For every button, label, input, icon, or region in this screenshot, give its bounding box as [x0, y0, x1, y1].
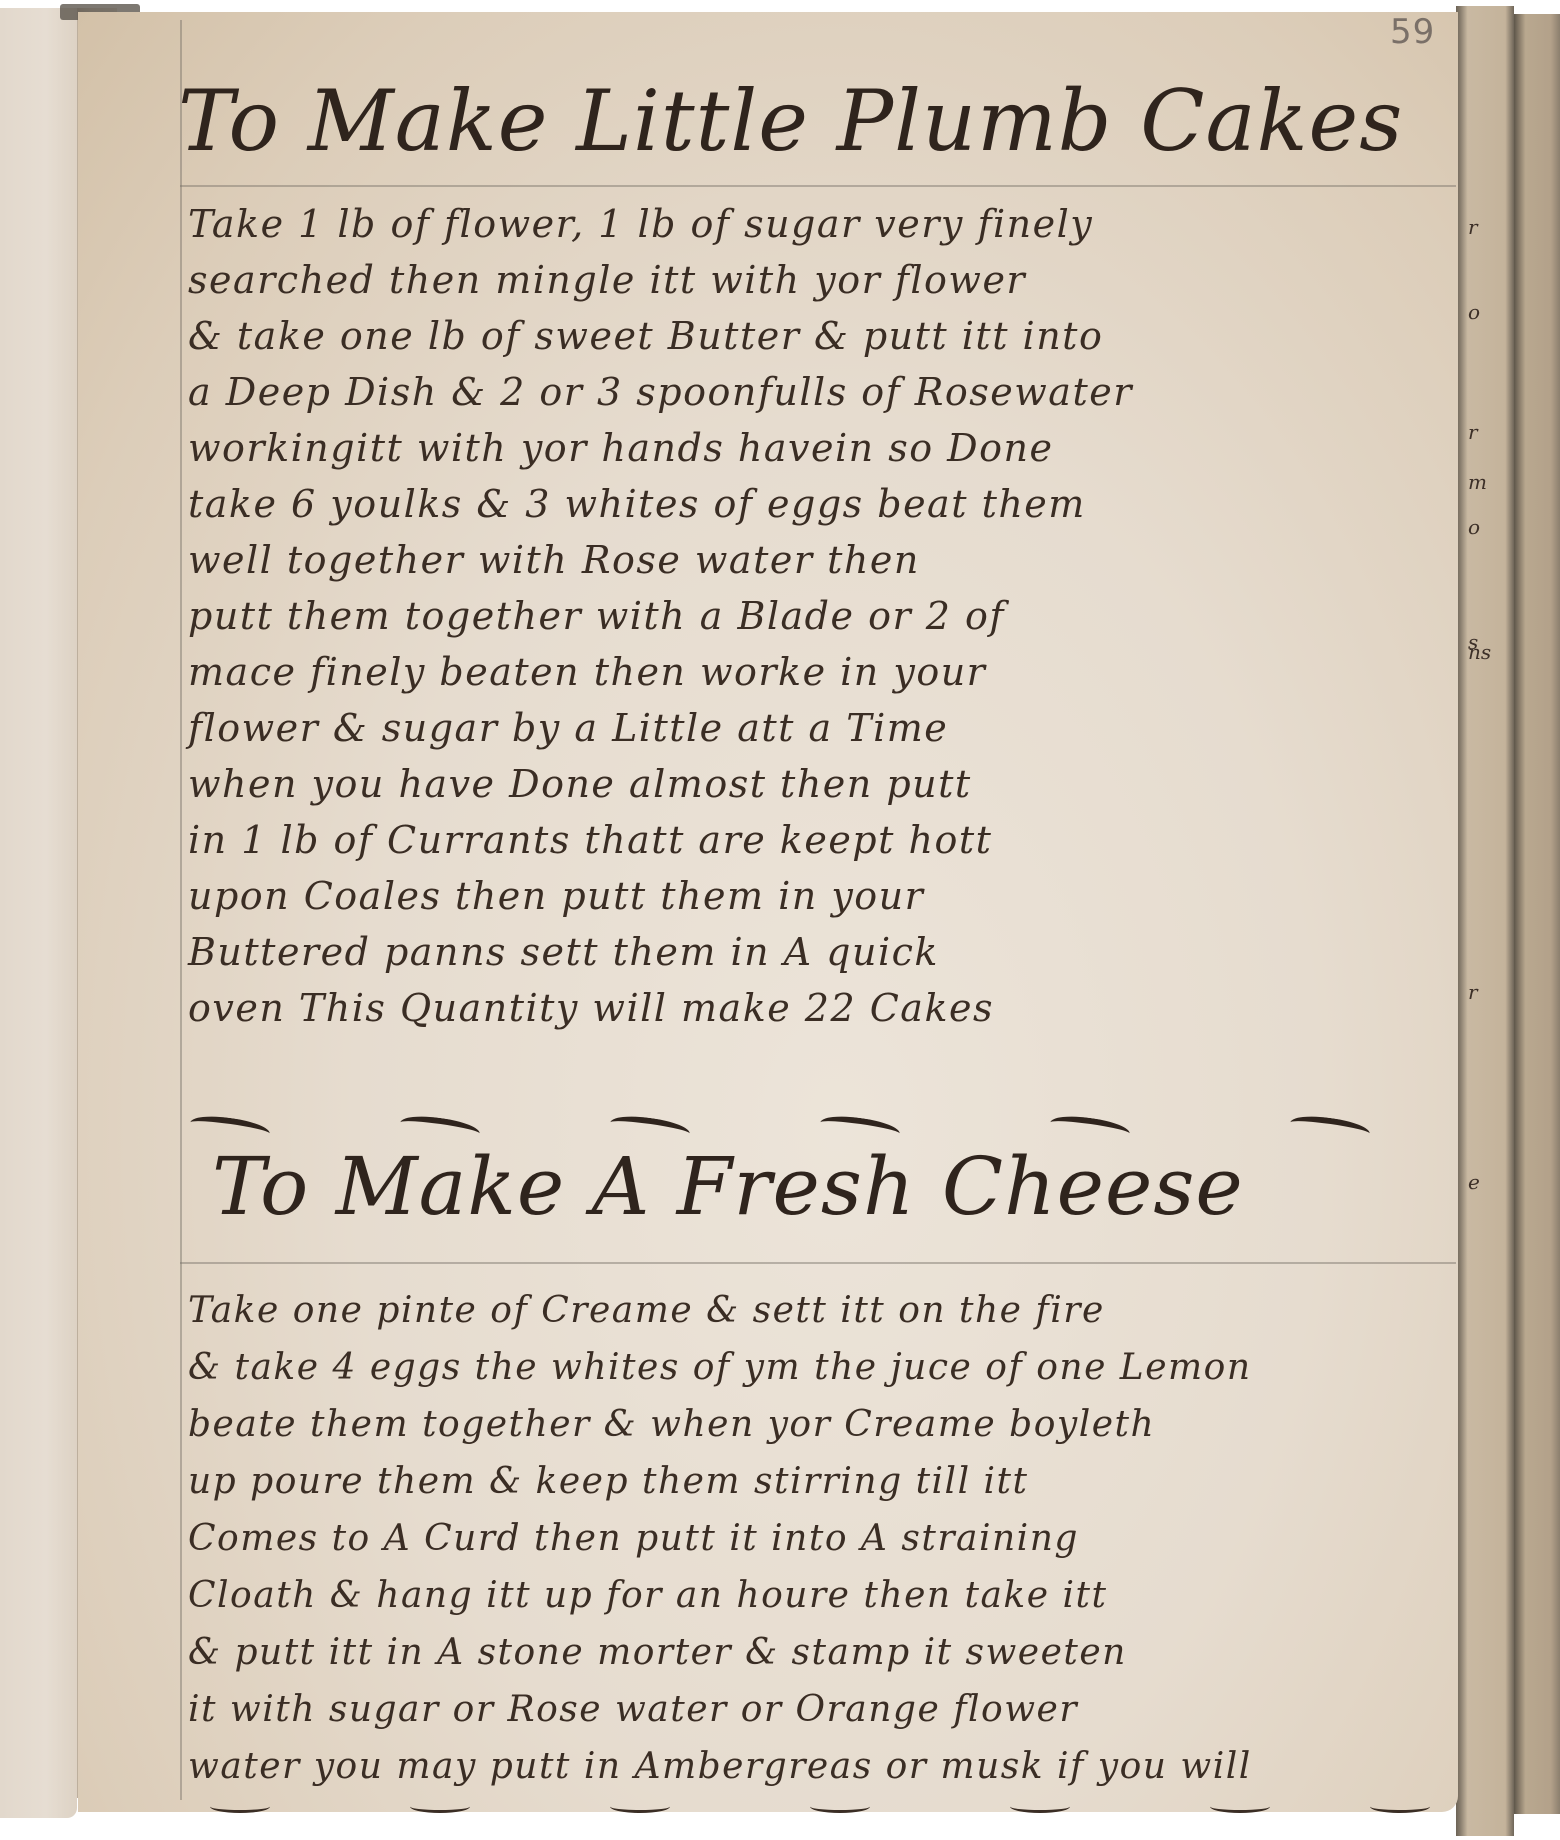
left-page-edge: [0, 8, 77, 1818]
text-line: beate them together & when yor Creame bo…: [188, 1396, 1458, 1453]
flourish-ornament: [189, 1113, 271, 1144]
flourish-ornament: [410, 1800, 470, 1813]
flourish-ornament: [610, 1800, 670, 1813]
bottom-flourish-row: [190, 1800, 1450, 1830]
flourish-ornament: [819, 1113, 901, 1144]
text-line: mace finely beaten then worke in your: [188, 644, 1458, 700]
margin-mark: m: [1468, 470, 1487, 494]
margin-mark: o: [1468, 515, 1480, 539]
text-line: workingitt with yor hands havein so Done: [188, 420, 1458, 476]
text-line: in 1 lb of Currants thatt are keept hott: [188, 812, 1458, 868]
recipe-body: Take one pinte of Creame & sett itt on t…: [188, 1282, 1458, 1795]
title-rule-line-2: [180, 1262, 1456, 1264]
recipe-body: Take 1 lb of flower, 1 lb of sugar very …: [188, 196, 1458, 1036]
margin-mark: ns: [1468, 640, 1491, 664]
text-line: Cloath & hang itt up for an houre then t…: [188, 1567, 1458, 1624]
stacked-page-edges-outer: [1514, 14, 1560, 1814]
page-number: 59: [1390, 12, 1435, 52]
margin-mark: r: [1468, 980, 1478, 1004]
text-line: & putt itt in A stone morter & stamp it …: [188, 1624, 1458, 1681]
text-line: upon Coales then putt them in your: [188, 868, 1458, 924]
text-line: up poure them & keep them stirring till …: [188, 1453, 1458, 1510]
text-line: Buttered panns sett them in A quick: [188, 924, 1458, 980]
flourish-ornament: [810, 1800, 870, 1813]
text-line: well together with Rose water then: [188, 532, 1458, 588]
flourish-ornament: [609, 1113, 691, 1144]
text-line: take 6 youlks & 3 whites of eggs beat th…: [188, 476, 1458, 532]
margin-mark: e: [1468, 1170, 1480, 1194]
text-line: oven This Quantity will make 22 Cakes: [188, 980, 1458, 1036]
flourish-ornament: [399, 1113, 481, 1144]
margin-marks: r o r m o s ns r e: [1468, 0, 1508, 1840]
margin-mark: r: [1468, 420, 1478, 444]
text-line: a Deep Dish & 2 or 3 spoonfulls of Rosew…: [188, 364, 1458, 420]
manuscript-book: 59 To Make Little Plumb Cakes Take 1 lb …: [0, 0, 1560, 1840]
text-line: & take one lb of sweet Butter & putt itt…: [188, 308, 1458, 364]
text-line: it with sugar or Rose water or Orange fl…: [188, 1681, 1458, 1738]
flourish-ornament: [1210, 1800, 1270, 1813]
flourish-ornament: [1010, 1800, 1070, 1813]
text-line: Take 1 lb of flower, 1 lb of sugar very …: [188, 196, 1458, 252]
flourish-ornament: [1049, 1113, 1131, 1144]
text-line: putt them together with a Blade or 2 of: [188, 588, 1458, 644]
recipe-title: To Make Little Plumb Cakes: [178, 72, 1403, 170]
margin-rule-line: [180, 20, 182, 1800]
text-line: water you may putt in Ambergreas or musk…: [188, 1738, 1458, 1795]
text-line: searched then mingle itt with yor flower: [188, 252, 1458, 308]
margin-mark: r: [1468, 215, 1478, 239]
text-line: Comes to A Curd then putt it into A stra…: [188, 1510, 1458, 1567]
flourish-ornament: [210, 1800, 270, 1813]
flourish-ornament: [1289, 1113, 1371, 1144]
recipe-title: To Make A Fresh Cheese: [212, 1140, 1244, 1233]
margin-mark: o: [1468, 300, 1480, 324]
flourish-ornament: [1370, 1800, 1430, 1813]
title-rule-line-1: [180, 185, 1456, 187]
text-line: & take 4 eggs the whites of ym the juce …: [188, 1339, 1458, 1396]
text-line: when you have Done almost then putt: [188, 756, 1458, 812]
text-line: Take one pinte of Creame & sett itt on t…: [188, 1282, 1458, 1339]
text-line: flower & sugar by a Little att a Time: [188, 700, 1458, 756]
